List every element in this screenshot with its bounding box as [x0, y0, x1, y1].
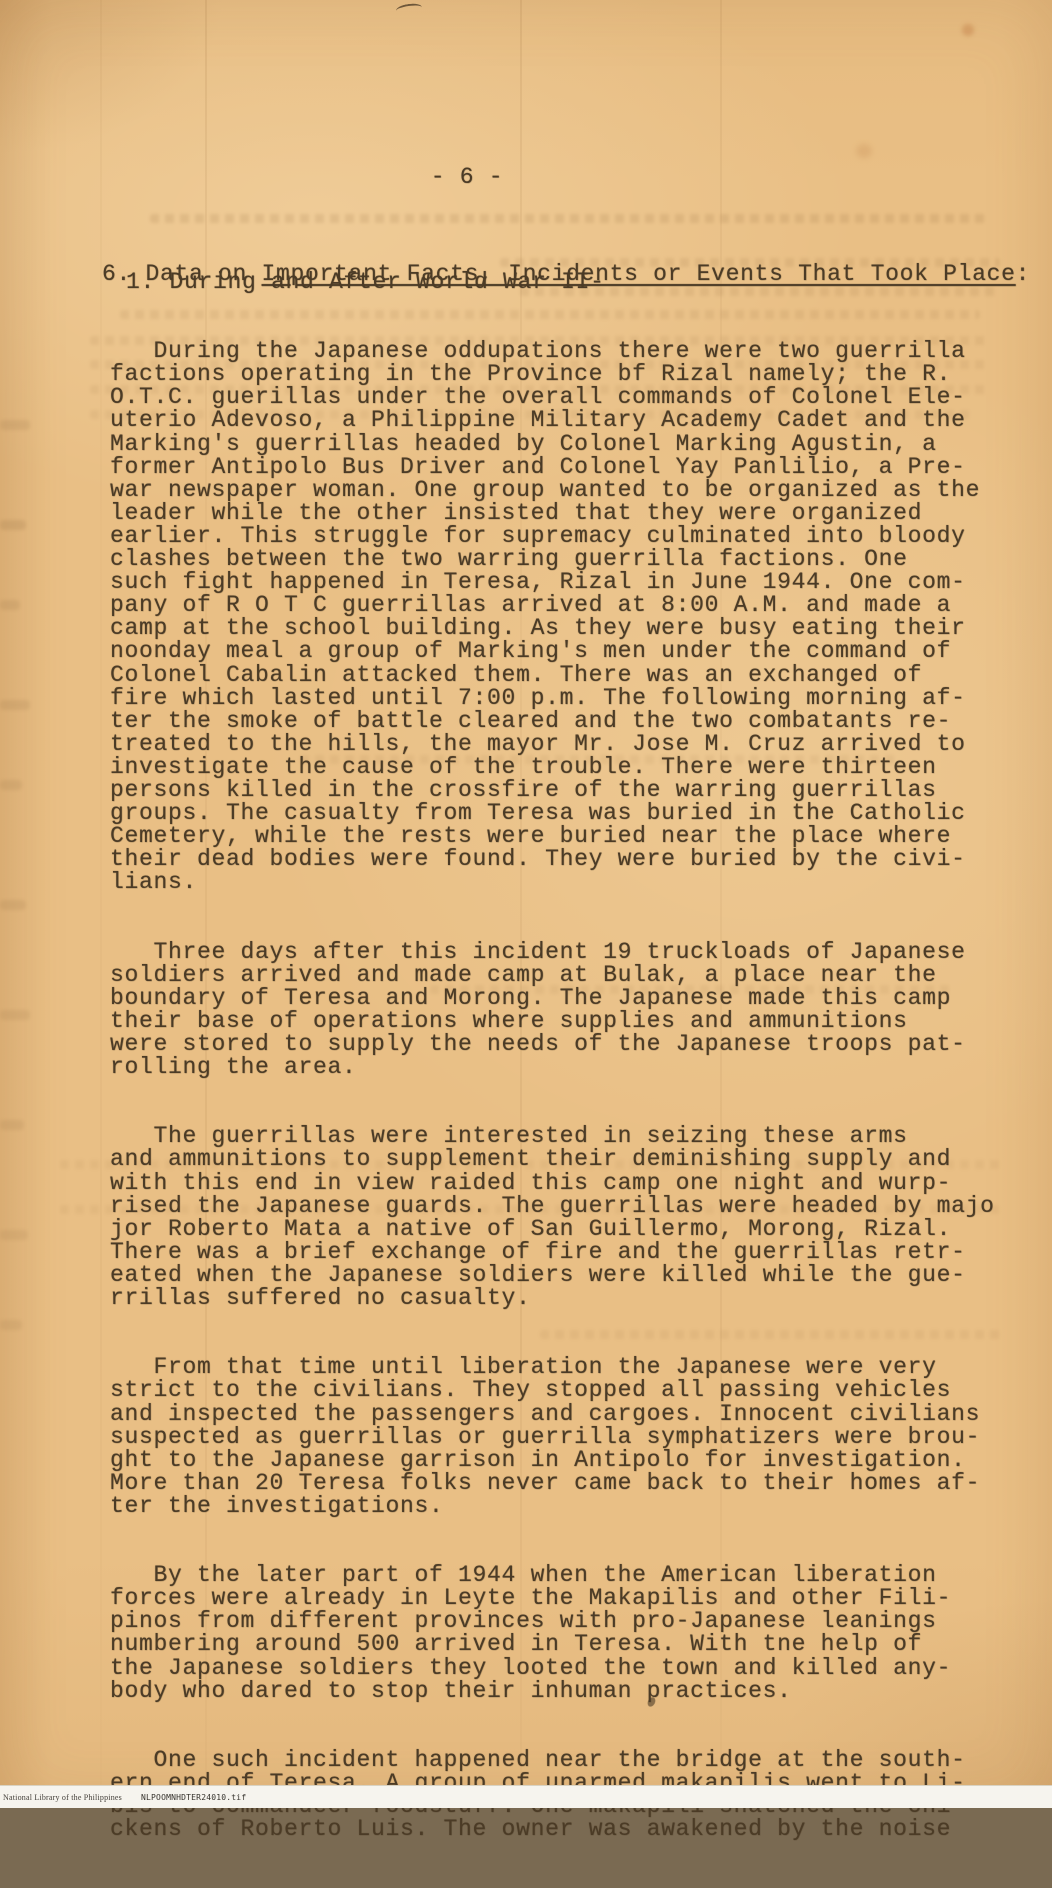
bleed-blob [0, 780, 22, 790]
paragraph: During the Japanese oddupations there we… [110, 340, 995, 894]
paragraph: Three days after this incident 19 truckl… [110, 941, 995, 1080]
bleed-blob [0, 1230, 28, 1240]
library-label: National Library of the Philippines [3, 1793, 122, 1802]
bleed-blob [0, 900, 26, 910]
page-number: - 6 - [0, 166, 934, 189]
bleed-blob [0, 700, 30, 710]
scan-footer-bar: National Library of the Philippines NLPO… [0, 1785, 1052, 1808]
rust-stain [962, 24, 974, 36]
section-heading-suffix: : [1016, 261, 1031, 287]
bleed-line [150, 214, 990, 223]
scanned-document-page: - 6 - 6. Data on Important Facts, Incide… [0, 0, 1052, 1808]
rust-stain [856, 144, 872, 158]
paragraph: From that time until liberation the Japa… [110, 1356, 995, 1518]
paragraph: The guerrillas were interested in seizin… [110, 1125, 995, 1310]
bleed-blob [0, 420, 30, 430]
body-text: During the Japanese oddupations there we… [110, 294, 995, 1808]
bleed-blob [0, 1010, 30, 1020]
sub-heading: 1. During and After World War II- [126, 271, 605, 294]
ink-mark [395, 2, 422, 16]
bleed-blob [0, 600, 20, 610]
scan-filename: NLPOOMNHDTER24010.tif [141, 1793, 246, 1802]
paragraph: By the later part of 1944 when the Ameri… [110, 1564, 995, 1703]
bleed-blob [0, 1320, 22, 1330]
bleed-blob [0, 520, 26, 530]
bleed-blob [0, 1120, 24, 1130]
